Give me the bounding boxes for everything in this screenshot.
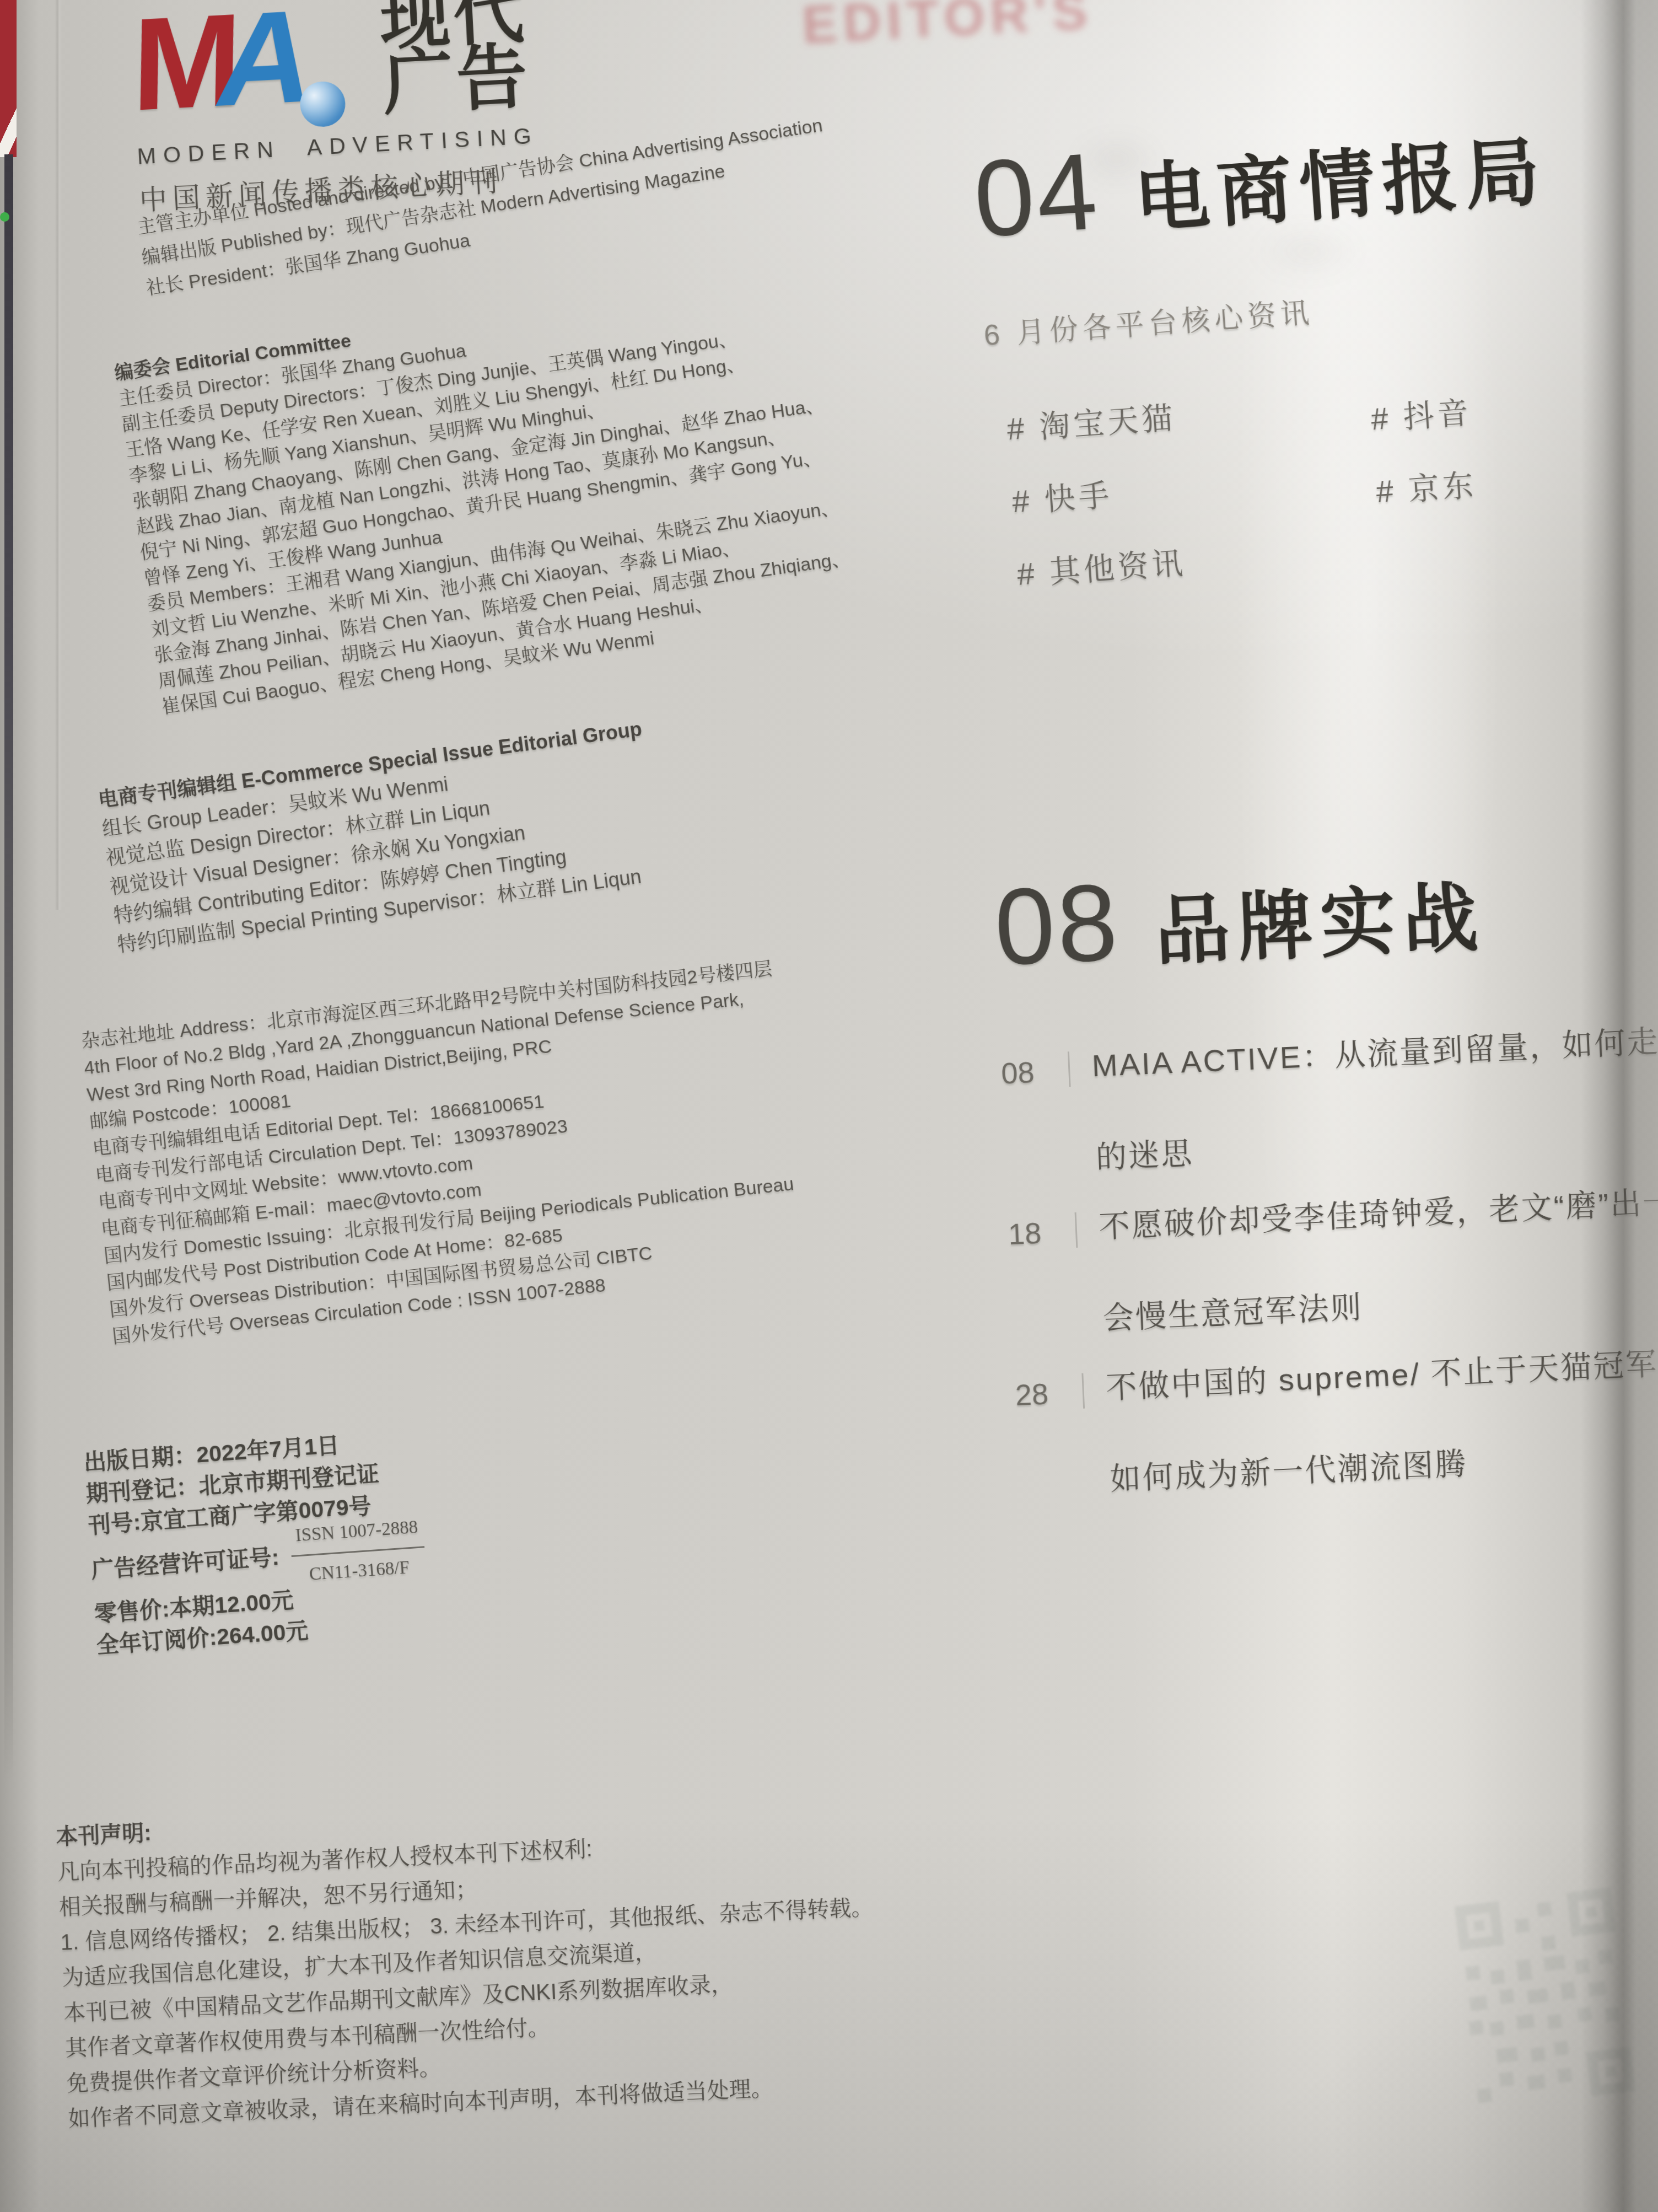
toc-article: 18 不愿破价却受李佳琦钟爱，老文“磨”出一套 会慢生意冠军法则 bbox=[1008, 1185, 1658, 1342]
section-page-number: 04 bbox=[970, 129, 1103, 261]
logo-cn-line2: 广告 bbox=[381, 44, 532, 117]
article-title-line2: 的迷思 bbox=[1095, 1107, 1658, 1178]
magazine-masthead-page-photo: EDITOR'S M A 现代 广告 bbox=[0, 0, 1658, 2212]
page-left-edge bbox=[4, 154, 13, 1781]
ad-license-label: 广告经营许可证号: bbox=[90, 1541, 281, 1586]
platform-tags: # 淘宝天猫 # 快手 # 其他资讯 # 抖音 # 京东 bbox=[989, 358, 1658, 637]
toc-article: 08 MAIA ACTIVE：从流量到留量，如何走出品效合一 的迷思 bbox=[1000, 1024, 1658, 1182]
section-title: 电商情报局 bbox=[1131, 110, 1551, 247]
paper-crease bbox=[55, 0, 62, 910]
divider bbox=[1075, 1212, 1078, 1248]
article-title-line2: 会慢生意冠军法则 bbox=[1102, 1268, 1658, 1338]
logo-chinese-name: 现代 广告 bbox=[378, 0, 532, 117]
section-subtitle: 6 月份各平台核心资讯 bbox=[982, 264, 1658, 353]
toc-article: 28 不做中国的 supreme/ 不止于天猫冠军，GO 如何成为新一代潮流图腾 bbox=[1014, 1346, 1658, 1503]
journal-statement-block: 本刊声明: 凡向本刊投稿的作品均视为著作权人授权本刊下述权利: 相关报酬与稿酬一… bbox=[55, 1784, 881, 2137]
article-title-line1: 不做中国的 supreme/ 不止于天猫冠军，GO bbox=[1105, 1345, 1658, 1403]
divider bbox=[1081, 1373, 1085, 1409]
tag-douyin: # 抖音 bbox=[1369, 388, 1473, 439]
article-page-number: 18 bbox=[1008, 1213, 1062, 1252]
toc-section-brand-practice: 08 品牌实战 08 MAIA ACTIVE：从流量到留量，如何走出品效合一 的… bbox=[992, 835, 1658, 1537]
section-page-number: 08 bbox=[992, 860, 1122, 990]
publication-info-block: 出版日期：2022年7月1日 期刊登记：北京市期刊登记证 刊号:京宜工商广字第0… bbox=[83, 1424, 431, 1661]
tag-other-news: # 其他资讯 bbox=[1015, 539, 1187, 594]
ghost-qr-code-icon bbox=[1447, 1879, 1643, 2119]
section-title: 品牌实战 bbox=[1153, 857, 1488, 979]
section-header: 08 品牌实战 bbox=[992, 835, 1658, 990]
article-title-line1: 不愿破价却受李佳琦钟爱，老文“磨”出一套 bbox=[1099, 1185, 1658, 1242]
tag-kuaishou: # 快手 bbox=[1010, 471, 1114, 522]
ad-license-codes: ISSN 1007-2888 CN11-3168/F bbox=[289, 1511, 427, 1592]
tag-taobao-tmall: # 淘宝天猫 bbox=[1005, 393, 1177, 449]
article-page-number: 28 bbox=[1014, 1374, 1069, 1413]
green-dot bbox=[0, 212, 9, 222]
ecommerce-editorial-group-block: 电商专刊编辑组 E-Commerce Special Issue Editori… bbox=[96, 714, 663, 959]
divider bbox=[1068, 1051, 1071, 1087]
article-title-line2: 如何成为新一代潮流图腾 bbox=[1109, 1429, 1658, 1499]
contact-block: 杂志社地址 Address：北京市海淀区西三环北路甲2号院中关村国防科技园2号楼… bbox=[80, 955, 805, 1350]
adjacent-magazine-spine bbox=[0, 0, 17, 157]
toc-section-ecommerce-intel: 04 电商情报局 6 月份各平台核心资讯 # 淘宝天猫 # 快手 # 其他资讯 … bbox=[970, 89, 1658, 637]
article-page-number: 08 bbox=[1000, 1052, 1055, 1091]
bleedthrough-text: EDITOR'S bbox=[800, 0, 1094, 56]
article-title-line1: MAIA ACTIVE：从流量到留量，如何走出品效合一 bbox=[1091, 1019, 1658, 1082]
editorial-committee-block: 编委会 Editorial Committee 主任委员 Director：张国… bbox=[113, 264, 859, 721]
article-list: 08 MAIA ACTIVE：从流量到留量，如何走出品效合一 的迷思 18 不愿… bbox=[1000, 1024, 1658, 1503]
tag-jd: # 京东 bbox=[1375, 461, 1478, 512]
logo-monogram: M A 现代 广告 bbox=[130, 0, 537, 139]
